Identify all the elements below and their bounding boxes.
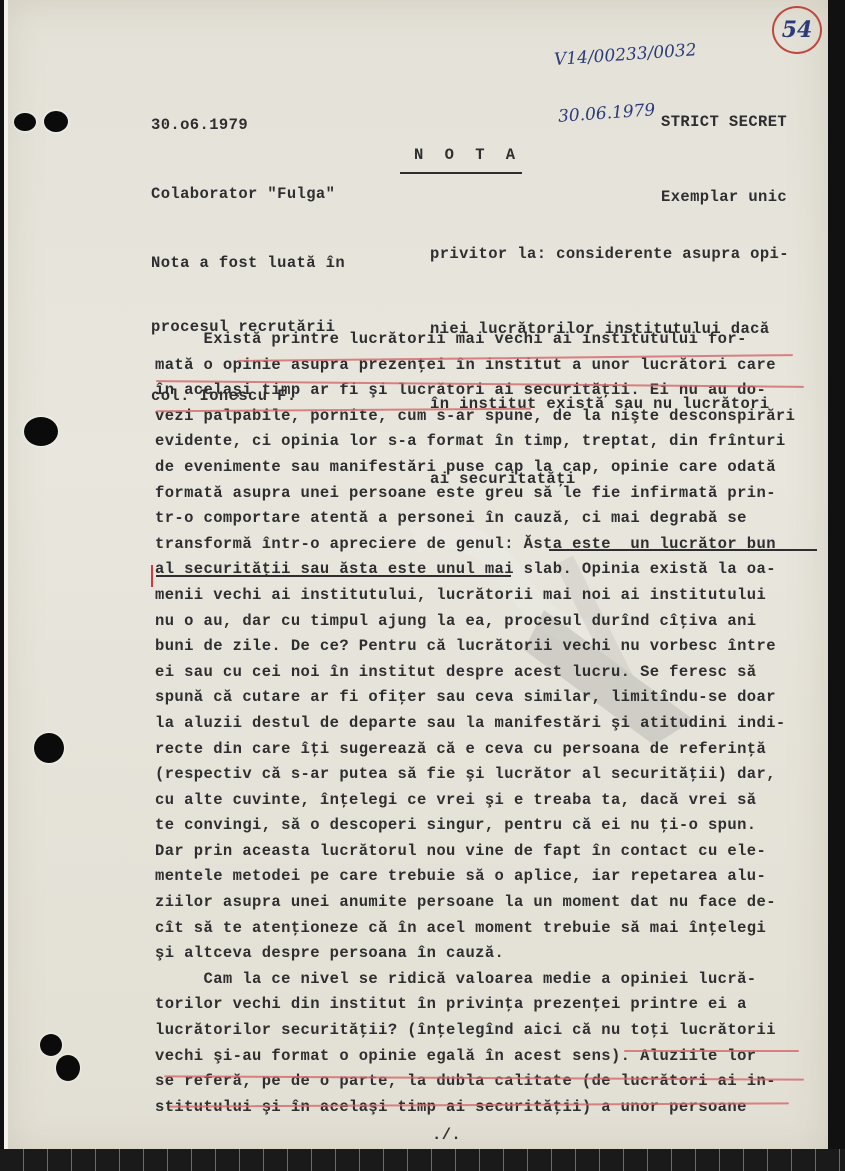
- title-underline: [400, 172, 522, 174]
- source-name: Colaborator "Fulga": [151, 183, 345, 206]
- punch-hole: [14, 113, 36, 131]
- body-line: al securităţii sau ăsta este unul mai sl…: [155, 556, 835, 582]
- body-line: menii vechi ai institutului, lucrătorii …: [155, 582, 835, 608]
- document-page: V14/00233/0032 30.06.1979 54 30.o6.1979 …: [4, 0, 828, 1156]
- body-line: ziilor asupra unei anumite persoane la u…: [155, 889, 835, 915]
- classification-level: STRICT SECRET: [661, 110, 787, 135]
- body-line: mentele metodei pe care trebuie să o apl…: [155, 863, 835, 889]
- body-line: Cam la ce nivel se ridică valoarea medie…: [155, 966, 835, 992]
- document-date: 30.o6.1979: [151, 114, 345, 137]
- body-line: Dar prin aceasta lucrătorul nou vine de …: [155, 838, 835, 864]
- body-line: (respectiv că s-ar putea să fie şi lucră…: [155, 761, 835, 787]
- body-line: Există printre lucrătorii mai vechi ai i…: [155, 326, 835, 352]
- punch-hole: [44, 111, 68, 132]
- background-mat: [0, 1149, 845, 1171]
- ink-underline: [549, 549, 817, 551]
- subject-line: privitor la: considerente asupra opi-: [430, 242, 789, 267]
- body-line: cu alte cuvinte, înţelegi ce vrei şi e t…: [155, 787, 835, 813]
- body-line: tr-o comportare atentă a personei în cau…: [155, 505, 835, 531]
- body-line: vechi şi-au format o opinie egală în ace…: [155, 1043, 835, 1069]
- body-line: buni de zile. De ce? Pentru că lucrători…: [155, 633, 835, 659]
- body-line: la aluzii destul de departe sau la manif…: [155, 710, 835, 736]
- ink-underline: [156, 575, 511, 577]
- punch-hole: [40, 1034, 62, 1056]
- body-line: torilor vechi din institut în privinţa p…: [155, 991, 835, 1017]
- body-line: formată asupra unei persoane este greu s…: [155, 480, 835, 506]
- punch-hole: [24, 417, 58, 446]
- body-line: evidente, ci opinia lor s-a format în ti…: [155, 428, 835, 454]
- body-text: Există printre lucrătorii mai vechi ai i…: [155, 326, 835, 1119]
- punch-hole: [56, 1055, 80, 1081]
- page-number: 54: [772, 6, 822, 54]
- body-line: se referă, pe de o parte, la dubla calit…: [155, 1068, 835, 1094]
- punch-hole: [34, 733, 64, 763]
- paper-edge: [4, 0, 8, 1156]
- body-line: lucrătorilor securităţii? (înţelegînd ai…: [155, 1017, 835, 1043]
- body-line: recte din care îţi sugerează că e ceva c…: [155, 736, 835, 762]
- body-line: transformă într-o apreciere de genul: Ăs…: [155, 531, 835, 557]
- red-margin-mark: [151, 565, 153, 587]
- body-line: ei sau cu cei noi în institut despre ace…: [155, 659, 835, 685]
- body-line: de evenimente sau manifestări puse cap l…: [155, 454, 835, 480]
- red-underline: [624, 1050, 799, 1052]
- document-title: N O T A: [414, 142, 521, 168]
- end-mark: ./.: [432, 1122, 461, 1148]
- page-number-text: 54: [782, 17, 813, 43]
- note-line-1: Nota a fost luată în: [151, 252, 345, 275]
- body-line: vezi palpabile, pornite, cum s-ar spune,…: [155, 403, 835, 429]
- body-line: spună că cutare ar fi ofiţer sau ceva si…: [155, 684, 835, 710]
- body-line: cît să te atenţioneze că în acel moment …: [155, 915, 835, 941]
- body-line: te convingi, să o descoperi singur, pent…: [155, 812, 835, 838]
- body-line: nu o au, dar cu timpul ajung la ea, proc…: [155, 608, 835, 634]
- body-line: şi altceva despre persoana în cauză.: [155, 940, 835, 966]
